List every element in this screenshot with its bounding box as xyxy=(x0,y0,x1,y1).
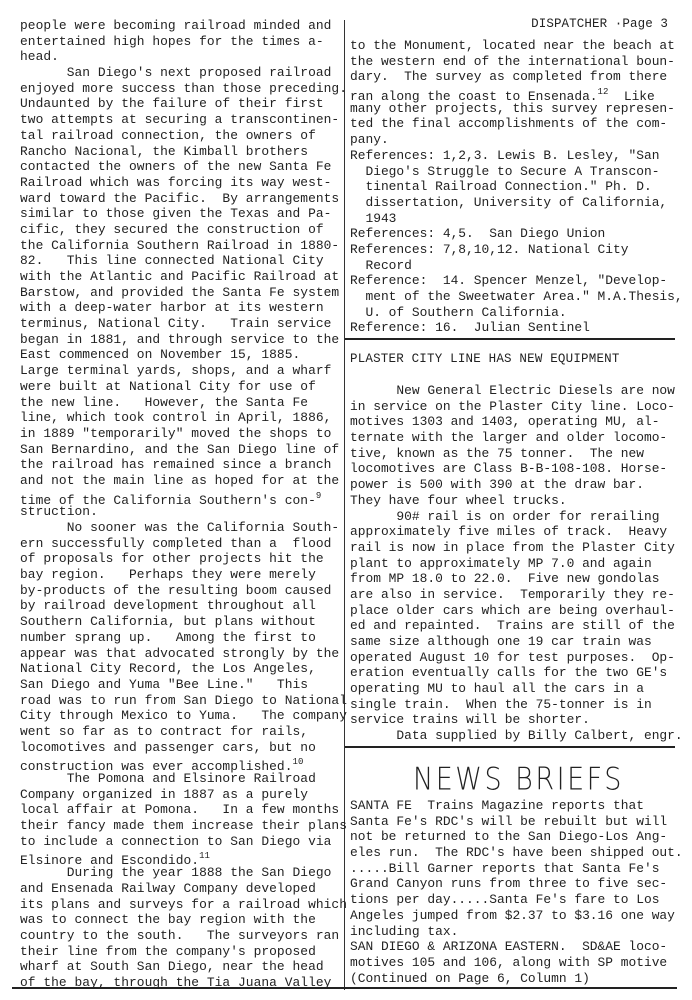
text-line: San Diego's next proposed railroad xyxy=(20,65,345,81)
reference-line: References: 7,8,10,12. National City xyxy=(350,242,683,258)
text-line: Undaunted by the failure of their first xyxy=(20,96,345,112)
text-line: same size although one 19 car train was xyxy=(350,634,683,650)
text-line: tal railroad connection, the owners of xyxy=(20,128,345,144)
text-line: its plans and surveys for a railroad whi… xyxy=(20,897,345,913)
text-line: appear was that advocated strongly by th… xyxy=(20,646,345,662)
page-number: Page 3 xyxy=(622,17,668,31)
text-line: was to connect the bay region with the xyxy=(20,912,345,928)
reference-line: References: 4,5. San Diego Union xyxy=(350,226,683,242)
text-line: Southern California, but plans without xyxy=(20,614,345,630)
text-line: similar to those given the Texas and Pa- xyxy=(20,206,345,222)
text-line: eration eventually calls for the two GE'… xyxy=(350,665,683,681)
text-line: operating MU to haul all the cars in a xyxy=(350,681,683,697)
text-line: from MP 18.0 to 22.0. Five new gondolas xyxy=(350,571,683,587)
text-line: dary. The survey as completed from there xyxy=(350,69,683,85)
footnote-marker: 12 xyxy=(598,87,609,97)
plaster-city-headline: PLASTER CITY LINE HAS NEW EQUIPMENT xyxy=(350,352,620,366)
text-line: Data supplied by Billy Calbert, engr. xyxy=(350,728,683,744)
plaster-city-rule xyxy=(345,746,675,748)
text-line: National City Record, the Los Angeles, xyxy=(20,661,345,677)
text-line: Santa Fe's RDC's will be rebuilt but wil… xyxy=(350,814,683,830)
text-line: time of the California Southern's con-9 xyxy=(20,489,345,505)
text-line: power is 500 with 390 at the draw bar. xyxy=(350,477,683,493)
page-header: DISPATCHER ·Page 3 xyxy=(531,17,668,31)
footnote-marker: 9 xyxy=(316,491,321,501)
text-line: by railroad development throughout all xyxy=(20,598,345,614)
text-line: service trains will be shorter. xyxy=(350,712,683,728)
reference-line: References: 1,2,3. Lewis B. Lesley, "San xyxy=(350,148,683,164)
text-line: SAN DIEGO & ARIZONA EASTERN. SD&AE loco- xyxy=(350,939,683,955)
page-bottom-rule xyxy=(12,987,677,989)
text-line: motives 105 and 106, along with SP motiv… xyxy=(350,955,683,971)
text-line: Rancho Nacional, the Kimball brothers xyxy=(20,144,345,160)
text-line: their line from the company's proposed xyxy=(20,944,345,960)
text-line: locomotives are Class B-B-108-108. Horse… xyxy=(350,461,683,477)
text-line: began in 1881, and through service to th… xyxy=(20,332,345,348)
footnote-marker: 11 xyxy=(199,851,210,861)
news-briefs-title: NEWS BRIEFS xyxy=(413,762,624,798)
text-line: ern successfully completed than a flood xyxy=(20,536,345,552)
text-line: locomotives and passenger cars, but no xyxy=(20,740,345,756)
text-line: SANTA FE Trains Magazine reports that xyxy=(350,798,683,814)
text-line: construction was ever accomplished.10 xyxy=(20,755,345,771)
text-line: Angeles jumped from $2.37 to $3.16 one w… xyxy=(350,908,683,924)
text-line: people were becoming railroad minded and xyxy=(20,18,345,34)
text-line: eles run. The RDC's have been shipped ou… xyxy=(350,845,683,861)
text-line: ward toward the Pacific. By arrangements xyxy=(20,191,345,207)
text-line: and not the main line as hoped for at th… xyxy=(20,473,345,489)
text-line: local affair at Pomona. In a few months xyxy=(20,802,345,818)
text-line: cific, they secured the construction of xyxy=(20,222,345,238)
text-line: head. xyxy=(20,49,345,65)
text-line: 90# rail is on order for rerailing xyxy=(350,509,683,525)
text-line: tions per day.....Santa Fe's fare to Los xyxy=(350,892,683,908)
text-line: by-products of the resulting boom caused xyxy=(20,583,345,599)
references-rule xyxy=(345,338,675,340)
reference-line: Diego's Struggle to Secure A Transcon- xyxy=(350,164,683,180)
text-line: bay region. Perhaps they were merely xyxy=(20,567,345,583)
text-line: including tax. xyxy=(350,924,683,940)
text-line: road was to run from San Diego to Nation… xyxy=(20,693,345,709)
text-line: many other projects, this survey represe… xyxy=(350,101,683,117)
plaster-city-article: New General Electric Diesels are nowin s… xyxy=(350,383,683,744)
text-line: to include a connection to San Diego via xyxy=(20,834,345,850)
reference-line: dissertation, University of California, xyxy=(350,195,683,211)
reference-line: tinental Railroad Connection." Ph. D. xyxy=(350,179,683,195)
text-line: contacted the owners of the new Santa Fe xyxy=(20,159,345,175)
text-line: in 1889 "temporarily" moved the shops to xyxy=(20,426,345,442)
text-line: number sprang up. Among the first to xyxy=(20,630,345,646)
text-line: They have four wheel trucks. xyxy=(350,493,683,509)
reference-line: 1943 xyxy=(350,211,683,227)
text-line: New General Electric Diesels are now xyxy=(350,383,683,399)
text-line: East commenced on November 15, 1885. xyxy=(20,347,345,363)
text-line: City through Mexico to Yuma. The company xyxy=(20,708,345,724)
text-line: motives 1303 and 1403, operating MU, al- xyxy=(350,414,683,430)
text-line: line, which took control in April, 1886, xyxy=(20,410,345,426)
news-briefs-body: SANTA FE Trains Magazine reports thatSan… xyxy=(350,798,683,986)
reference-line: Reference: 14. Spencer Menzel, "Develop- xyxy=(350,273,683,289)
text-line: Barstow, and provided the Santa Fe syste… xyxy=(20,285,345,301)
left-column-article: people were becoming railroad minded and… xyxy=(20,18,345,991)
reference-line: Record xyxy=(350,258,683,274)
text-line: were built at National City for use of xyxy=(20,379,345,395)
text-line: the railroad has remained since a branch xyxy=(20,457,345,473)
text-line: ternate with the larger and older locomo… xyxy=(350,430,683,446)
text-line: and Ensenada Railway Company developed xyxy=(20,881,345,897)
footnote-marker: 10 xyxy=(293,757,304,767)
text-line: ed and repainted. Trains are still of th… xyxy=(350,618,683,634)
text-line: country to the south. The surveyors ran xyxy=(20,928,345,944)
text-line: wharf at South San Diego, near the head xyxy=(20,959,345,975)
text-line: single train. When the 75-tonner is in xyxy=(350,697,683,713)
text-line: the California Southern Railroad in 1880… xyxy=(20,238,345,254)
text-line: pany. xyxy=(350,132,683,148)
reference-line: Reference: 16. Julian Sentinel xyxy=(350,320,683,336)
text-line: in service on the Plaster City line. Loc… xyxy=(350,399,683,415)
publication-name: DISPATCHER xyxy=(531,17,607,31)
text-line: ted the final accomplishments of the com… xyxy=(350,116,683,132)
text-line: approximately five miles of track. Heavy xyxy=(350,524,683,540)
text-line: Railroad which was forcing its way west- xyxy=(20,175,345,191)
text-line: During the year 1888 the San Diego xyxy=(20,865,345,881)
text-line: operated August 10 for test purposes. Op… xyxy=(350,650,683,666)
reference-line: ment of the Sweetwater Area." M.A.Thesis… xyxy=(350,289,683,305)
text-line: enjoyed more success than those precedin… xyxy=(20,81,345,97)
text-line: of proposals for other projects hit the xyxy=(20,551,345,567)
text-line: entertained high hopes for the times a- xyxy=(20,34,345,50)
text-line: (Continued on Page 6, Column 1) xyxy=(350,971,683,987)
text-line: San Diego and Yuma "Bee Line." This xyxy=(20,677,345,693)
text-line: not be returned to the San Diego-Los Ang… xyxy=(350,829,683,845)
text-line: with the Atlantic and Pacific Railroad a… xyxy=(20,269,345,285)
reference-line: U. of Southern California. xyxy=(350,305,683,321)
text-line: Company organized in 1887 as a purely xyxy=(20,787,345,803)
text-line: San Bernardino, and the San Diego line o… xyxy=(20,442,345,458)
text-line: Large terminal yards, shops, and a wharf xyxy=(20,363,345,379)
text-line: Elsinore and Escondido.11 xyxy=(20,849,345,865)
text-line: their fancy made them increase their pla… xyxy=(20,818,345,834)
text-line: are also in service. Temporarily they re… xyxy=(350,587,683,603)
text-line: to the Monument, located near the beach … xyxy=(350,38,683,54)
text-line: terminus, National City. Train service xyxy=(20,316,345,332)
text-line: two attempts at securing a transcontinen… xyxy=(20,112,345,128)
text-line: went so far as to contract for rails, xyxy=(20,724,345,740)
text-line: No sooner was the California South- xyxy=(20,520,345,536)
text-line: rail is now in place from the Plaster Ci… xyxy=(350,540,683,556)
text-line: tive, known as the 75 tonner. The new xyxy=(350,446,683,462)
text-line: Grand Canyon runs from three to five sec… xyxy=(350,876,683,892)
text-line: The Pomona and Elsinore Railroad xyxy=(20,771,345,787)
text-line: 82. This line connected National City xyxy=(20,253,345,269)
text-line: with a deep-water harbor at its western xyxy=(20,300,345,316)
right-column-continuation: to the Monument, located near the beach … xyxy=(350,38,683,336)
text-line: plant to approximately MP 7.0 and again xyxy=(350,556,683,572)
text-line: the new line. However, the Santa Fe xyxy=(20,395,345,411)
text-line: .....Bill Garner reports that Santa Fe's xyxy=(350,861,683,877)
text-line: ran along the coast to Ensenada.12 Like xyxy=(350,85,683,101)
text-line: the western end of the international bou… xyxy=(350,54,683,70)
text-line: place older cars which are being overhau… xyxy=(350,603,683,619)
